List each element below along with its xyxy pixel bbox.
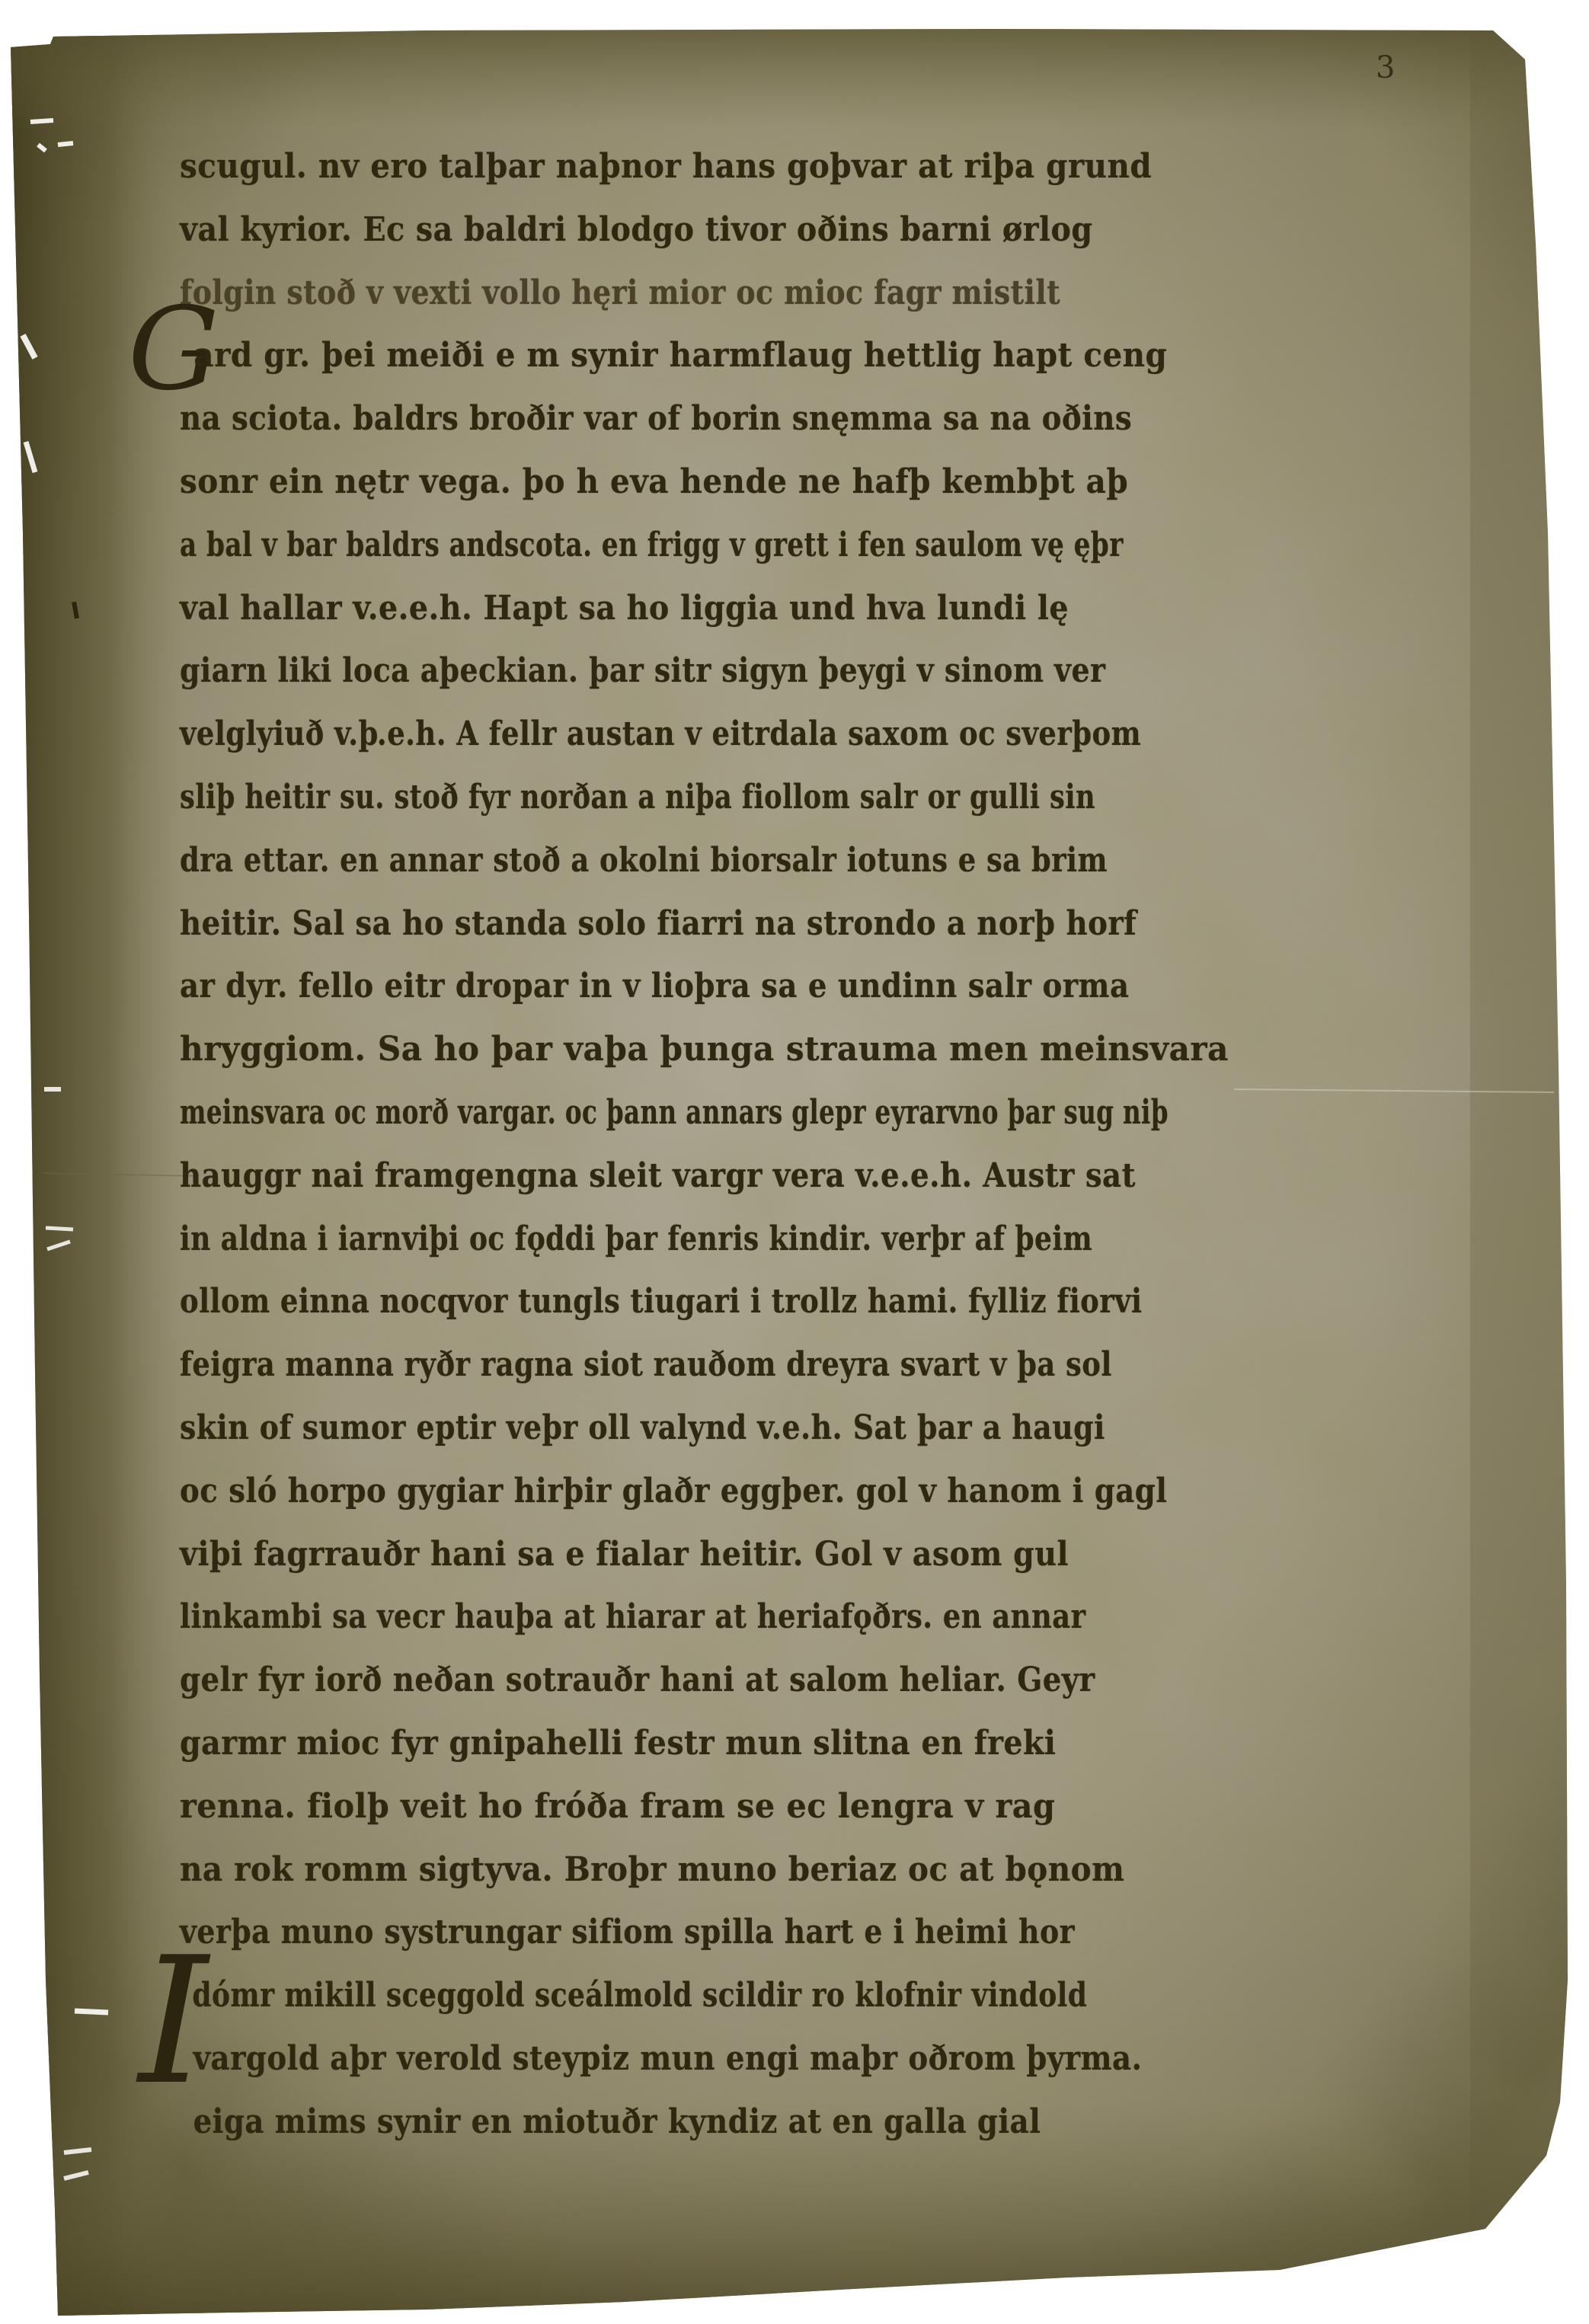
manuscript-line: scugul. nv ero talþar naþnor hans goþvar… [180,136,1329,199]
manuscript-line: oc sló horpo gygiar hirþir glaðr eggþer.… [180,1460,1279,1523]
manuscript-line: val hallar v.e.e.h. Hapt sa ho liggia un… [180,577,1304,641]
manuscript-line: na sciota. baldrs broðir var of borin sn… [180,388,1279,451]
manuscript-line: vargold aþr verold steypiz mun engi maþr… [180,2028,1279,2091]
manuscript-line: renna. fiolþ veit ho fróða fram se ec le… [180,1776,1354,1839]
manuscript-line: hauggr nai framgengna sleit vargr vera v… [180,1145,1279,1208]
manuscript-line: ollom einna nocqvor tungls tiugari i tro… [180,1271,1229,1334]
folio-number: 3 [1376,50,1395,85]
manuscript-line: a bal v bar baldrs andscota. en frigg v … [180,514,1154,577]
manuscript-line: verþa muno systrungar sifiom spilla hart… [180,1901,1254,1964]
manuscript-line: giarn liki loca aþeckian. þar sitr sigyn… [180,640,1254,703]
manuscript-line: garmr mioc fyr gnipahelli festr mun slit… [180,1712,1304,1776]
manuscript-line: linkambi sa vecr hauþa at hiarar at heri… [180,1586,1229,1649]
manuscript-line: na rok romm sigtyva. Broþr muno beriaz o… [180,1839,1329,1902]
manuscript-line: feigra manna ryðr ragna siot rauðom drey… [180,1334,1229,1397]
manuscript-line: in aldna i iarnviþi oc fǫddi þar fenris … [180,1208,1204,1271]
manuscript-line: val kyrior. Ec sa baldri blodgo tivor oð… [180,199,1304,262]
manuscript-line: ar dyr. fello eitr dropar in v lioþra sa… [180,955,1279,1018]
manuscript-line: hryggiom. Sa ho þar vaþa þunga strauma m… [180,1018,1379,1082]
manuscript-line: dómr mikill sceggold sceálmold scildir r… [180,1964,1204,2028]
manuscript-line: velglyiuð v.þ.e.h. A fellr austan v eitr… [180,703,1229,766]
manuscript-line: folgin stoð v vexti vollo hęri mior oc m… [180,262,1254,325]
manuscript-text-block: scugul. nv ero talþar naþnor hans goþvar… [180,136,1429,2154]
manuscript-line: viþi fagrrauðr hani sa e fialar heitir. … [180,1523,1304,1587]
manuscript-line: eiga mims synir en miotuðr kyndiz at en … [180,2091,1279,2154]
manuscript-line: heitir. Sal sa ho standa solo fiarri na … [180,893,1279,956]
manuscript-line: sonr ein nętr vega. þo h eva hende ne ha… [180,451,1329,514]
manuscript-leaf: 3 G I scugul. nv ero talþar naþnor hans … [0,0,1589,2324]
manuscript-line: gelr fyr iorð neðan sotrauðr hani at sal… [180,1649,1279,1712]
manuscript-line: dra ettar. en annar stoð a okolni biorsa… [180,830,1229,893]
manuscript-line: skin of sumor eptir veþr oll valynd v.e.… [180,1397,1254,1460]
manuscript-line: ard gr. þei meiði e m synir harmflaug he… [180,324,1329,388]
manuscript-line: meinsvara oc morð vargar. oc þann annars… [180,1082,1105,1145]
manuscript-line: sliþ heitir su. stoð fyr norðan a niþa f… [180,766,1179,830]
